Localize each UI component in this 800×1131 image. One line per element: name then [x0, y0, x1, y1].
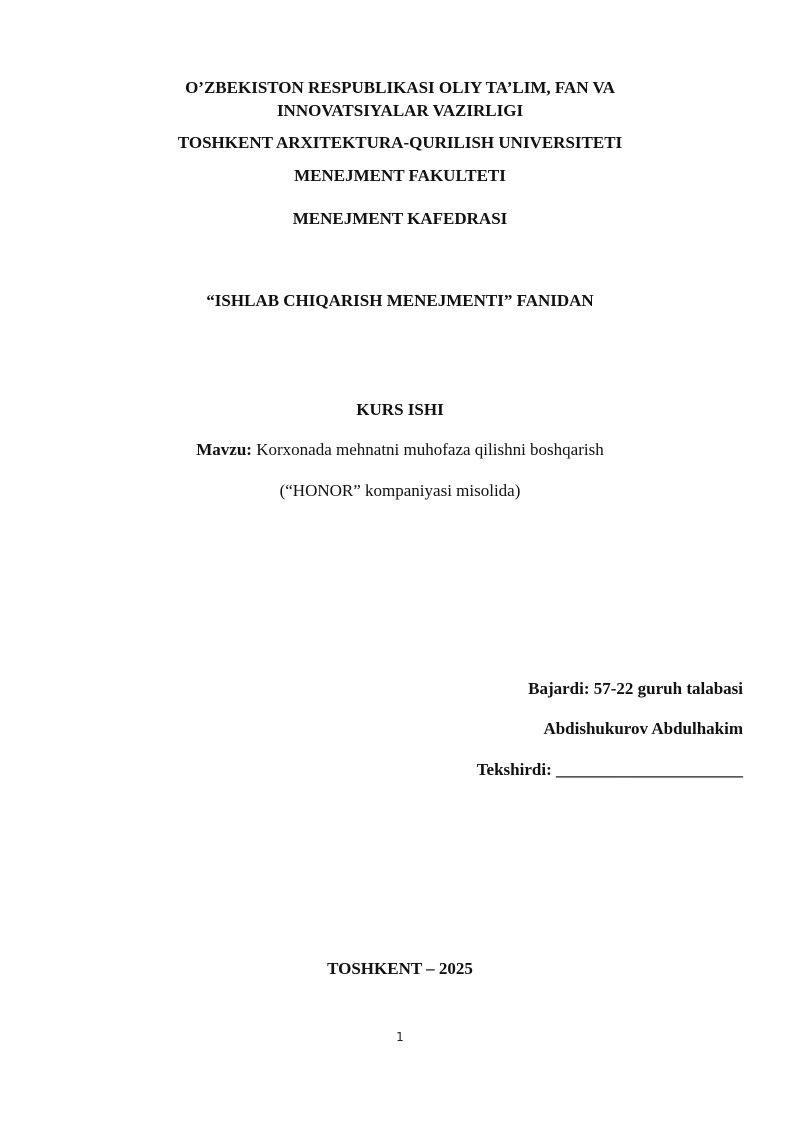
department-name: MENEJMENT KAFEDRASI: [0, 209, 800, 229]
topic-label: Mavzu:: [196, 440, 252, 459]
ministry-line-2: INNOVATSIYALAR VAZIRLIGI: [0, 101, 800, 121]
topic: Mavzu: Korxonada mehnatni muhofaza qilis…: [0, 440, 800, 460]
done-by: Bajardi: 57-22 guruh talabasi: [528, 679, 743, 699]
faculty-name: MENEJMENT FAKULTETI: [0, 166, 800, 186]
checked-by: Tekshirdi: ______________________: [477, 760, 743, 780]
work-type: KURS ISHI: [0, 400, 800, 420]
university-name: TOSHKENT ARXITEKTURA-QURILISH UNIVERSITE…: [0, 133, 800, 153]
author-name: Abdishukurov Abdulhakim: [543, 719, 743, 739]
ministry-line-1: O’ZBEKISTON RESPUBLIKASI OLIY TA’LIM, FA…: [0, 78, 800, 98]
topic-subtitle: (“HONOR” kompaniyasi misolida): [0, 481, 800, 501]
city-year: TOSHKENT – 2025: [0, 959, 800, 979]
topic-text: Korxonada mehnatni muhofaza qilishni bos…: [252, 440, 604, 459]
subject-title: “ISHLAB CHIQARISH MENEJMENTI” FANIDAN: [0, 291, 800, 311]
page-number: 1: [0, 1030, 800, 1044]
